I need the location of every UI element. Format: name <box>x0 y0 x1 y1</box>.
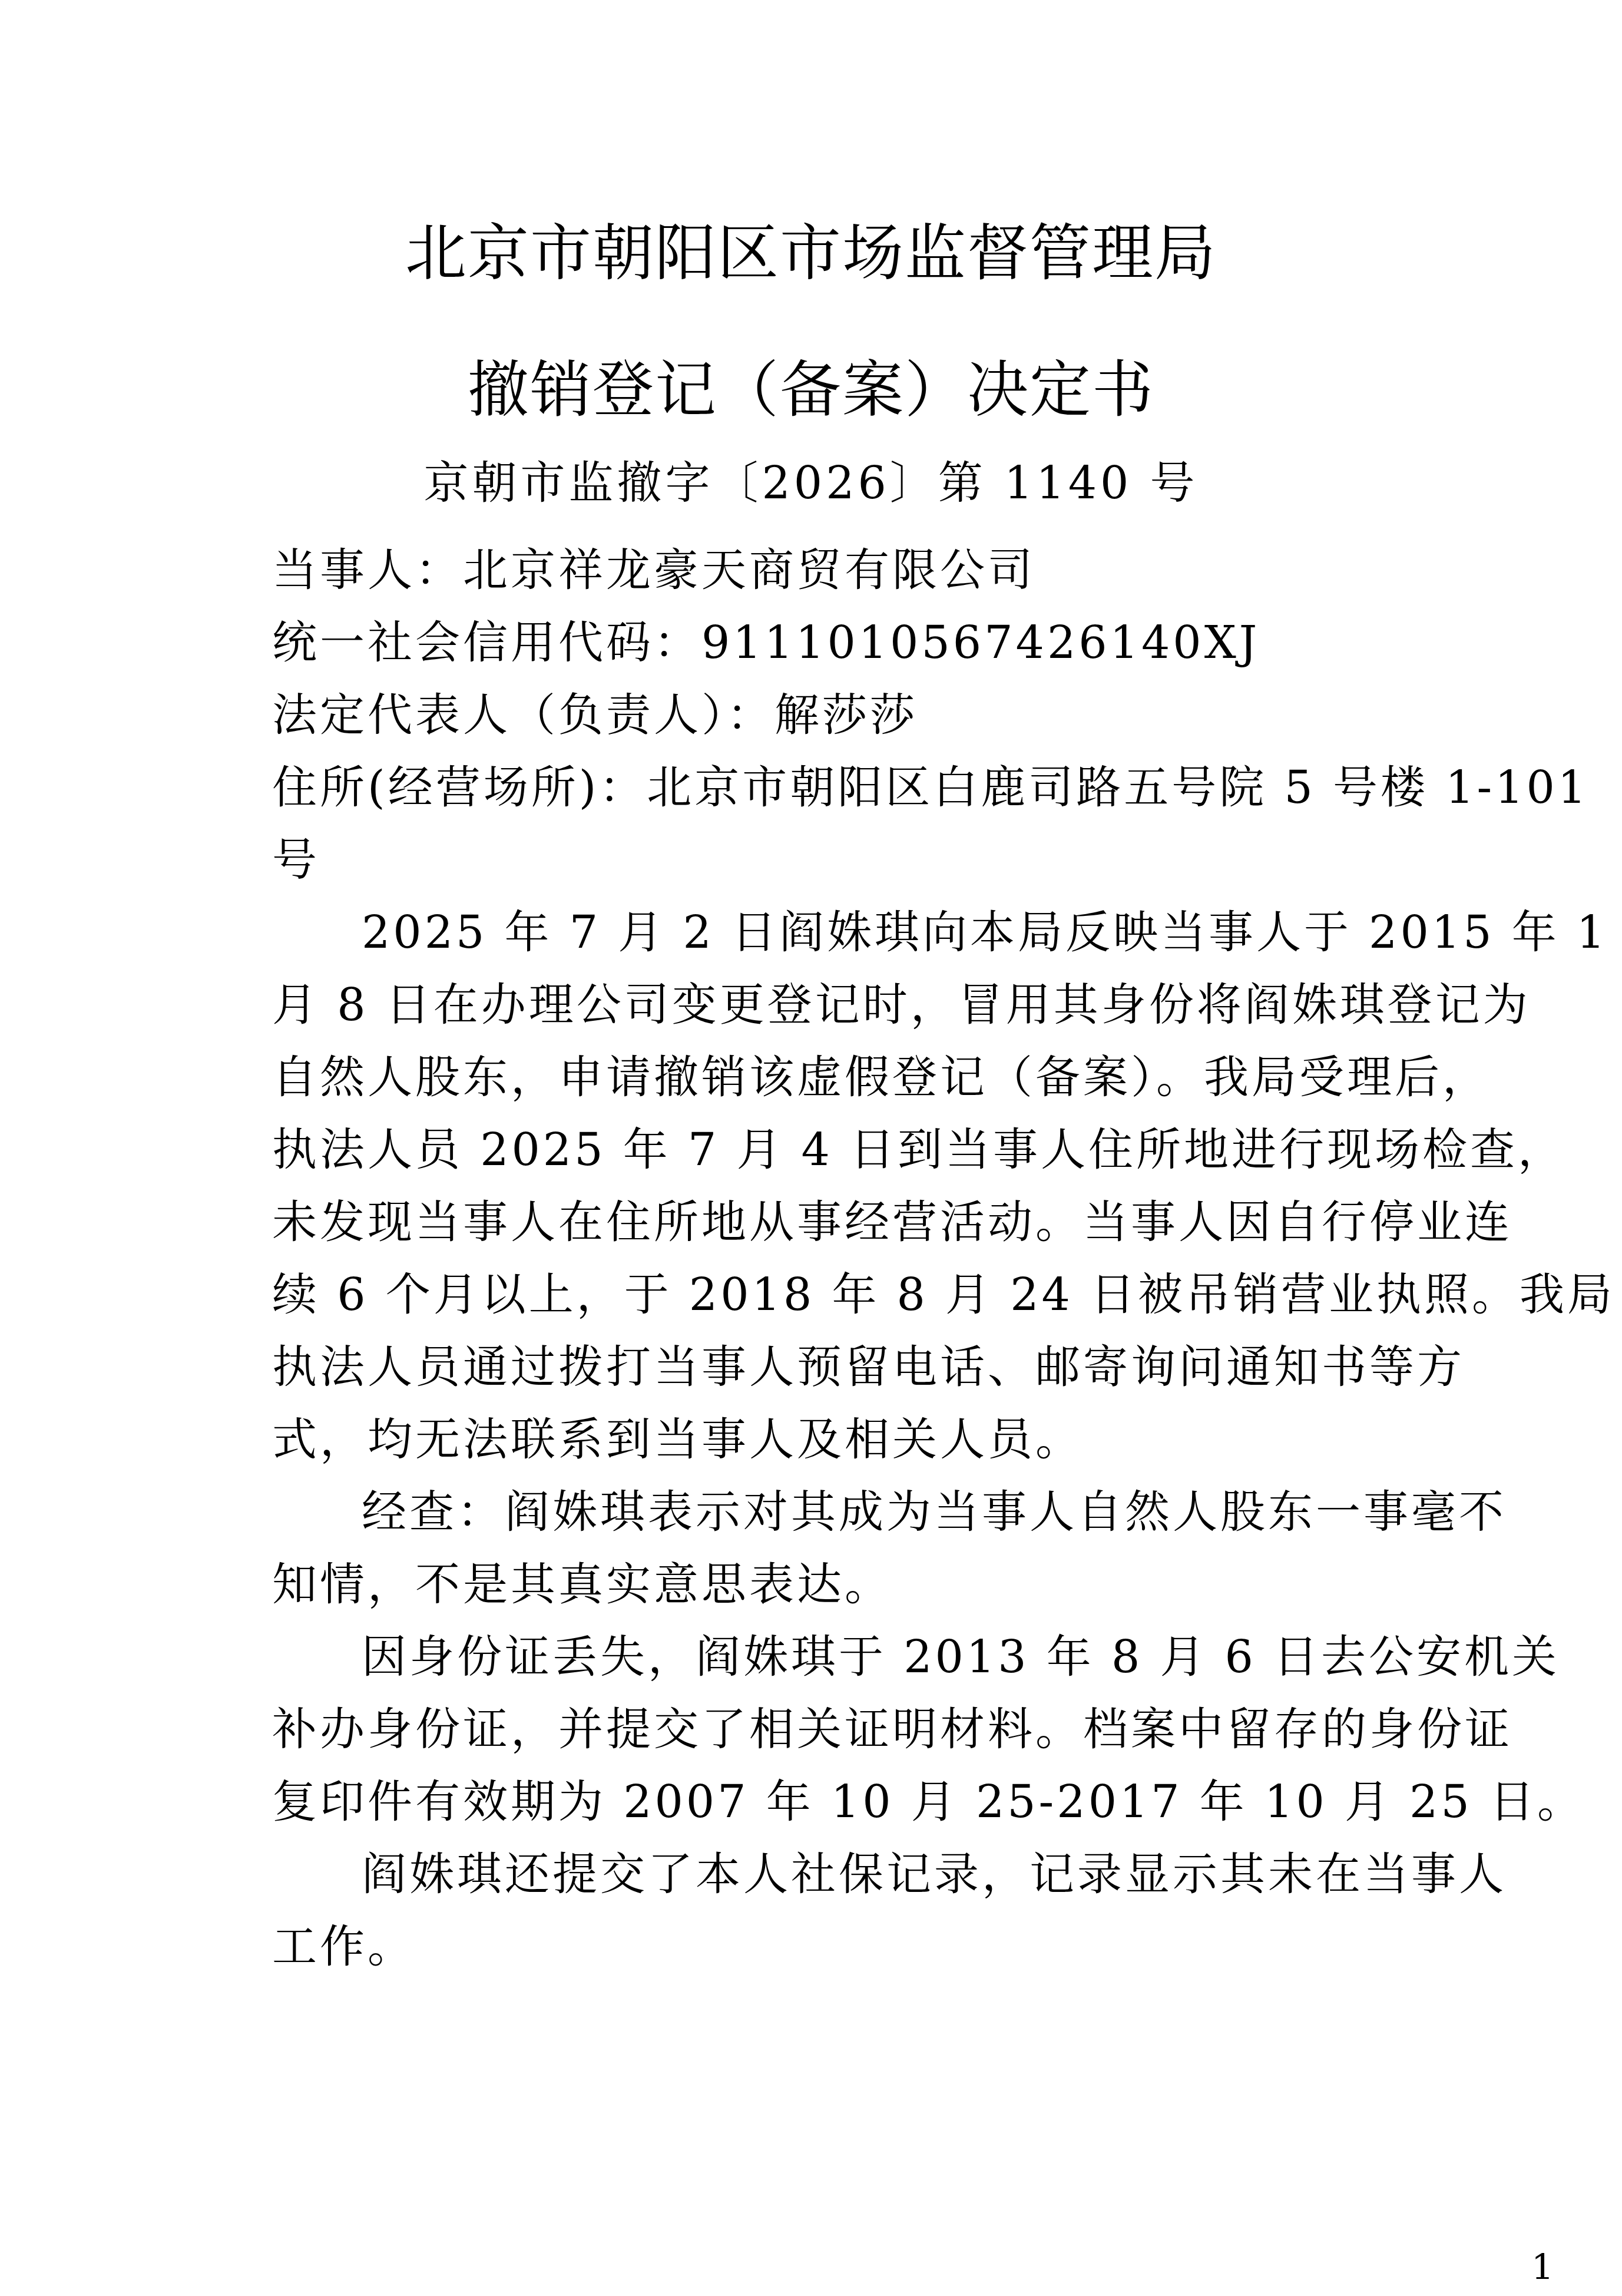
paragraph-investigation: 经查：阎姝琪表示对其成为当事人自然人股东一事毫不 知情，不是其真实意思表达。 <box>272 1475 1369 1620</box>
address-field-line-2: 号 <box>272 823 1369 896</box>
address-field-line-1: 住所(经营场所)：北京市朝阳区白鹿司路五号院 5 号楼 1-101 <box>272 751 1369 823</box>
paragraph-social-insurance: 阎姝琪还提交了本人社保记录，记录显示其未在当事人 工作。 <box>272 1838 1369 1983</box>
document-body: 当事人：北京祥龙豪天商贸有限公司 统一社会信用代码：91110105674261… <box>272 534 1369 1983</box>
paragraph-line: 知情，不是其真实意思表达。 <box>272 1548 1369 1620</box>
paragraph-line: 执法人员 2025 年 7 月 4 日到当事人住所地进行现场检查， <box>272 1113 1369 1186</box>
paragraph-line: 因身份证丢失，阎姝琪于 2013 年 8 月 6 日去公安机关 <box>272 1620 1369 1693</box>
paragraph-line: 月 8 日在办理公司变更登记时，冒用其身份将阎姝琪登记为 <box>272 968 1369 1041</box>
credit-code-field: 统一社会信用代码：9111010567426140XJ <box>272 606 1369 679</box>
paragraph-line: 阎姝琪还提交了本人社保记录，记录显示其未在当事人 <box>272 1838 1369 1910</box>
document-title: 撤销登记（备案）决定书 <box>0 359 1622 421</box>
party-field: 当事人：北京祥龙豪天商贸有限公司 <box>272 534 1369 606</box>
paragraph-line: 式，均无法联系到当事人及相关人员。 <box>272 1403 1369 1475</box>
paragraph-line: 续 6 个月以上，于 2018 年 8 月 24 日被吊销营业执照。我局 <box>272 1258 1369 1331</box>
paragraph-line: 执法人员通过拨打当事人预留电话、邮寄询问通知书等方 <box>272 1331 1369 1403</box>
paragraph-line: 自然人股东，申请撤销该虚假登记（备案）。我局受理后， <box>272 1041 1369 1113</box>
paragraph-line: 经查：阎姝琪表示对其成为当事人自然人股东一事毫不 <box>272 1475 1369 1548</box>
document-number: 京朝市监撤字〔2026〕第 1140 号 <box>0 461 1622 505</box>
paragraph-line: 2025 年 7 月 2 日阎姝琪向本局反映当事人于 2015 年 1 <box>272 896 1369 968</box>
document-page: 北京市朝阳区市场监督管理局 撤销登记（备案）决定书 京朝市监撤字〔2026〕第 … <box>0 0 1622 2296</box>
paragraph-line: 复印件有效期为 2007 年 10 月 25-2017 年 10 月 25 日。 <box>272 1765 1369 1838</box>
issuer-title: 北京市朝阳区市场监督管理局 <box>0 223 1622 284</box>
legal-representative-field: 法定代表人（负责人）：解莎莎 <box>272 679 1369 751</box>
paragraph-line: 补办身份证，并提交了相关证明材料。档案中留存的身份证 <box>272 1693 1369 1765</box>
page-number: 1 <box>1531 2250 1554 2285</box>
paragraph-complaint: 2025 年 7 月 2 日阎姝琪向本局反映当事人于 2015 年 1 月 8 … <box>272 896 1369 1475</box>
paragraph-line: 工作。 <box>272 1910 1369 1983</box>
paragraph-line: 未发现当事人在住所地从事经营活动。当事人因自行停业连 <box>272 1186 1369 1258</box>
paragraph-id-card: 因身份证丢失，阎姝琪于 2013 年 8 月 6 日去公安机关 补办身份证，并提… <box>272 1620 1369 1838</box>
